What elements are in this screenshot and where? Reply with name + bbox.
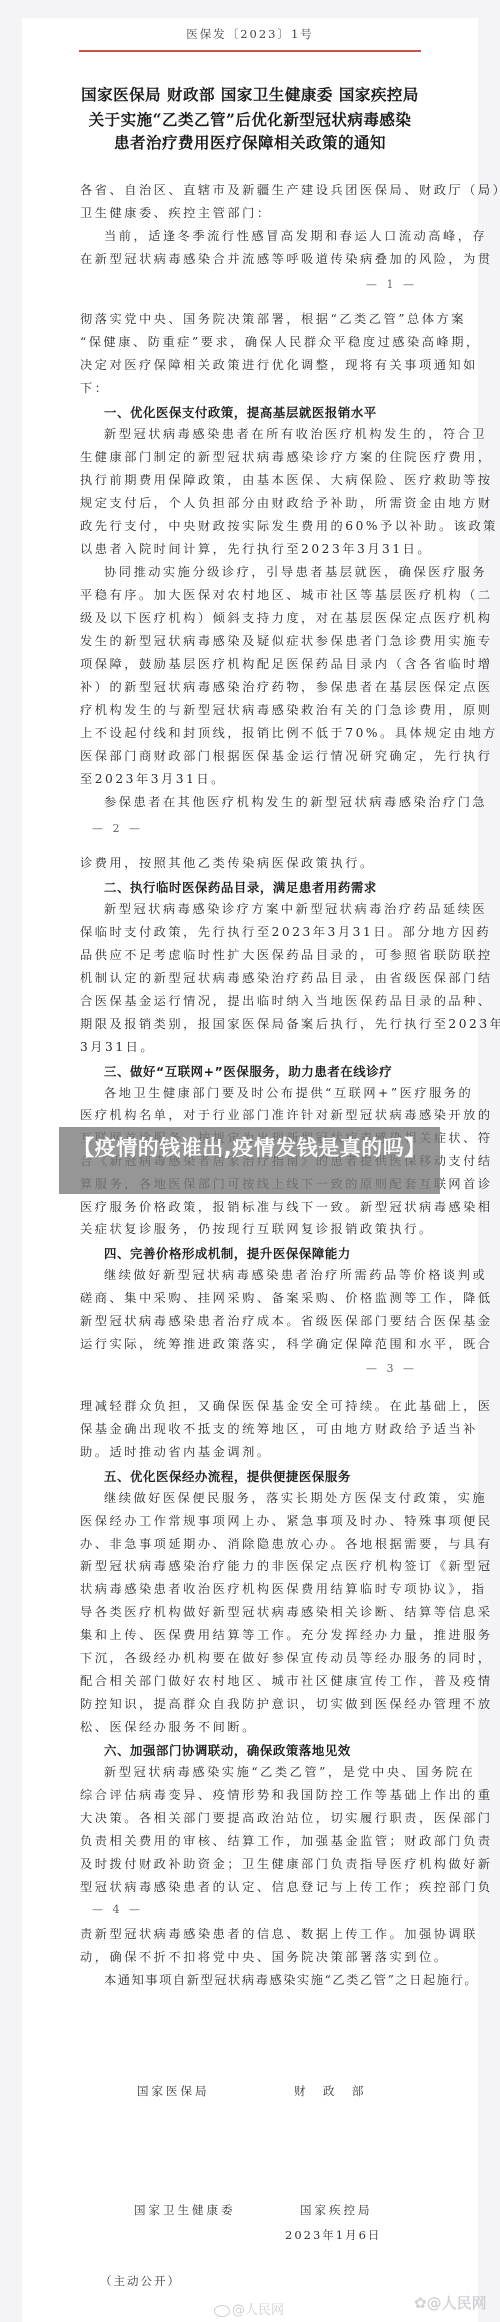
signatory-mof: 财 政 部: [294, 2083, 367, 2099]
body-line: 动，确保不折不扣将党中央、国务院决策部署落实到位。: [80, 1949, 420, 1965]
signatory-ndcpa: 国家疾控局: [300, 2202, 373, 2218]
page-number: — 2 —: [92, 822, 143, 835]
body-line: 补）的新型冠状病毒感染治疗药物，参保患者在基层医保定点医: [80, 679, 420, 695]
document-title-line-1: 国家医保局 财政部 国家卫生健康委 国家疾控局: [0, 83, 500, 105]
body-line: 机制认定的新型冠状病毒感染治疗药品目录，由省级医保部门结: [80, 970, 420, 986]
weibo-watermark-text: @人民网: [232, 2303, 284, 2318]
intro-line: 彻落实党中央、国务院决策部署，根据“乙类乙管”总体方案: [80, 311, 420, 327]
page-number: — 3 —: [366, 1362, 417, 1375]
page-number: — 4 —: [92, 1903, 143, 1916]
body-line: 医疗服务价格政策，报销标准与线下一致。新型冠状病毒感染相: [80, 1199, 420, 1215]
body-line: 集和上传、医保费用结算等工作。充分发挥经办力量，推进服务: [80, 1627, 420, 1643]
weibo-icon: [214, 2305, 230, 2317]
body-line: 上不设起付线和封顶线，报销比例不低于70%。具体规定由地方: [80, 725, 420, 741]
body-line: 医疗机构名单，对于行业部门准许针对新型冠状病毒感染开放的: [80, 1107, 420, 1123]
signatory-nhc: 国家卫生健康委: [134, 2202, 236, 2218]
recipients-line: 卫生健康委、疾控主管部门：: [80, 205, 420, 221]
body-line: 责新型冠状病毒感染患者的信息、数据上传工作。加强协调联: [80, 1926, 420, 1942]
body-line: 项保障，鼓励基层医疗机构配足医保药品目录内（含各省临时增: [80, 656, 420, 672]
body-line: 关症状复诊服务，仍按现行互联网复诊报销政策执行。: [80, 1221, 420, 1237]
body-line: 疗机构发生的与新型冠状病毒感染救治有关的门急诊费用，原则: [80, 702, 420, 718]
body-line: 负责相关费用的审核、结算工作，加强基金监管；财政部门负责: [80, 1833, 420, 1849]
page-number: — 1 —: [366, 278, 417, 291]
body-line: 新型冠状病毒感染患者在所有收治医疗机构发生的，符合卫: [104, 426, 420, 442]
intro-line: 在新型冠状病毒感染合并流感等呼吸道传染病叠加的风险，为贯: [80, 251, 420, 267]
body-line: 松、医保经办服务不间断。: [80, 1719, 420, 1735]
body-line: 级及以下医疗机构）倾斜支持力度，对在基层医保定点医疗机构: [80, 610, 420, 626]
body-line: 新型冠状病毒感染诊疗方案中新型冠状病毒治疗药品延续医: [104, 901, 420, 917]
corner-watermark: ✿@人民网: [414, 2292, 487, 2313]
body-line: 保临时支付政策，先行执行至2023年3月31日。部分地方因药: [80, 924, 420, 940]
body-line: 政先行支付，中央财政按实际发生费用的60%予以补助。该政策: [80, 518, 420, 534]
body-line: 办、非急事项延期办、消除隐患放心办。各地根据需要，与具有: [80, 1536, 420, 1552]
body-line: 以患者入院时间计算，先行执行至2023年3月31日。: [80, 541, 420, 557]
red-divider: [79, 50, 421, 52]
paw-icon: ✿: [414, 2294, 427, 2312]
body-line: 参保患者在其他医疗机构发生的新型冠状病毒感染治疗门急: [104, 794, 420, 810]
document-number: 医保发〔2023〕1号: [0, 26, 500, 42]
body-line: 品供应不足考虑临时性扩大医保药品目录的，可参照省联防联控: [80, 947, 420, 963]
section-heading-5: 五、优化医保经办流程，提供便捷医保服务: [104, 1467, 351, 1485]
section-heading-2: 二、执行临时医保药品目录，满足患者用药需求: [104, 878, 377, 896]
body-line: 合医保基金运行情况，提出临时纳入当地医保药品目录的品种、: [80, 993, 420, 1009]
body-line: 大决策。各相关部门要提高政治站位，切实履行职责，医保部门: [80, 1810, 420, 1826]
body-line: 及时拨付财政补助资金；卫生健康部门负责指导医疗机构做好新: [80, 1856, 420, 1872]
body-line: 3月31日。: [80, 1039, 420, 1055]
body-line: 期限及报销类别，报国家医保局备案后执行，先行执行至2023年: [80, 1016, 420, 1032]
disclosure-note: （主动公开）: [100, 2273, 181, 2289]
section-heading-3: 三、做好“互联网+”医保服务，助力患者在线诊疗: [104, 1062, 392, 1080]
intro-line: 下：: [80, 380, 420, 396]
intro-line: 决定对医疗保障相关政策进行优化调整，现将有关事项通知如: [80, 357, 420, 373]
intro-line: 当前，适逢冬季流行性感冒高发期和春运人口流动高峰，存: [104, 228, 420, 244]
body-line: 综合评估病毒变异、疫情形势和我国防控工作等基础上作出的重: [80, 1787, 420, 1803]
section-heading-6: 六、加强部门协调联动，确保政策落地见效: [104, 1741, 351, 1759]
body-line: 新型冠状病毒感染患者治疗成本。省级医保部门要结合医保基金: [80, 1313, 420, 1329]
body-line: 至2023年3月31日。: [80, 771, 420, 787]
body-line: 助。适时推动省内基金调剂。: [80, 1444, 420, 1460]
body-line: 协同推动实施分级诊疗，引导患者基层就医，确保医疗服务: [104, 564, 420, 580]
body-line: 运行实际，统筹推进政策落实，科学确定保障范围和水平，既合: [80, 1336, 420, 1352]
body-line: 下沉，各级经办机构要在做好参保宣传动员等经办服务的同时，: [80, 1650, 420, 1666]
body-line: 执行前期费用保障政策，由基本医保、大病保险、医疗救助等按: [80, 472, 420, 488]
corner-watermark-text: @人民网: [427, 2294, 487, 2312]
body-line: 继续做好医保便民服务，落实长期处方医保支付政策，实施: [104, 1490, 420, 1506]
body-line: 磋商、集中采购、挂网采购、备案采购、价格监测等工作，降低: [80, 1290, 420, 1306]
body-line: 配合相关部门做好农村地区、城市社区健康宣传工作，普及疫情: [80, 1673, 420, 1689]
body-line: 继续做好新型冠状病毒感染患者治疗所需药品等价格谈判或: [104, 1267, 420, 1283]
caption-overlay: 【疫情的钱谁出,疫情发钱是真的吗】: [59, 1127, 440, 1194]
body-line: 医保经办工作常规事项网上办、紧急事项及时办、特殊事项便民: [80, 1513, 420, 1529]
body-line: 导各类医疗机构做好新型冠状病毒感染相关诊断、结算等信息采: [80, 1604, 420, 1620]
body-line: 防控知识，提高群众自我防护意识，切实做到医保经办管理不放: [80, 1696, 420, 1712]
body-line: 各地卫生健康部门要及时公布提供“互联网+”医疗服务的: [104, 1085, 420, 1101]
body-line: 生健康部门制定的新型冠状病毒感染诊疗方案的住院医疗费用，: [80, 449, 420, 465]
body-line: 型冠状病毒感染患者的认定、信息登记与上传工作；疾控部门负: [80, 1879, 420, 1895]
signatory-nhsa: 国家医保局: [137, 2083, 210, 2099]
recipients-line: 各省、自治区、直辖市及新疆生产建设兵团医保局、财政厅（局）、: [80, 182, 420, 198]
closing-line: 本通知事项自新型冠状病毒感染实施“乙类乙管”之日起施行。: [104, 1972, 420, 1988]
body-line: 规定支付后，个人负担部分由财政给予补助，所需资金由地方财: [80, 495, 420, 511]
body-line: 新型冠状病毒感染治疗能力的非医保定点医疗机构签订《新型冠: [80, 1558, 420, 1574]
body-line: 发生的新型冠状病毒感染及疑似症状参保患者门急诊费用实施专: [80, 633, 420, 649]
weibo-watermark: @人民网: [214, 2299, 284, 2318]
caption-text: 【疫情的钱谁出,疫情发钱是真的吗】: [59, 1135, 440, 1161]
document-title-line-2: 关于实施“乙类乙管”后优化新型冠状病毒感染: [0, 108, 500, 130]
body-line: 保基金确出现收不抵支的统筹地区，可由地方财政给予适当补: [80, 1421, 420, 1437]
body-line: 理减轻群众负担，又确保医保基金安全可持续。在此基础上，医: [80, 1398, 420, 1414]
body-line: 诊费用，按照其他乙类传染病医保政策执行。: [80, 855, 420, 871]
document-date: 2023年1月6日: [285, 2227, 381, 2243]
document-title-line-3: 患者治疗费用医疗保障相关政策的通知: [0, 131, 500, 153]
intro-line: “保健康、防重症”要求，确保人民群众平稳度过感染高峰期，: [80, 334, 420, 350]
body-line: 状病毒感染患者收治医疗机构医保费用结算临时专项协议》，指: [80, 1581, 420, 1597]
body-line: 新型冠状病毒感染实施“乙类乙管”，是党中央、国务院在: [104, 1764, 420, 1780]
body-line: 平稳有序。加大医保对农村地区、城市社区等基层医疗机构（二: [80, 587, 420, 603]
section-heading-4: 四、完善价格形成机制，提升医保保障能力: [104, 1244, 351, 1262]
body-line: 医保部门商财政部门根据医保基金运行情况研究确定，先行执行: [80, 748, 420, 764]
section-heading-1: 一、优化医保支付政策，提高基层就医报销水平: [104, 403, 377, 421]
